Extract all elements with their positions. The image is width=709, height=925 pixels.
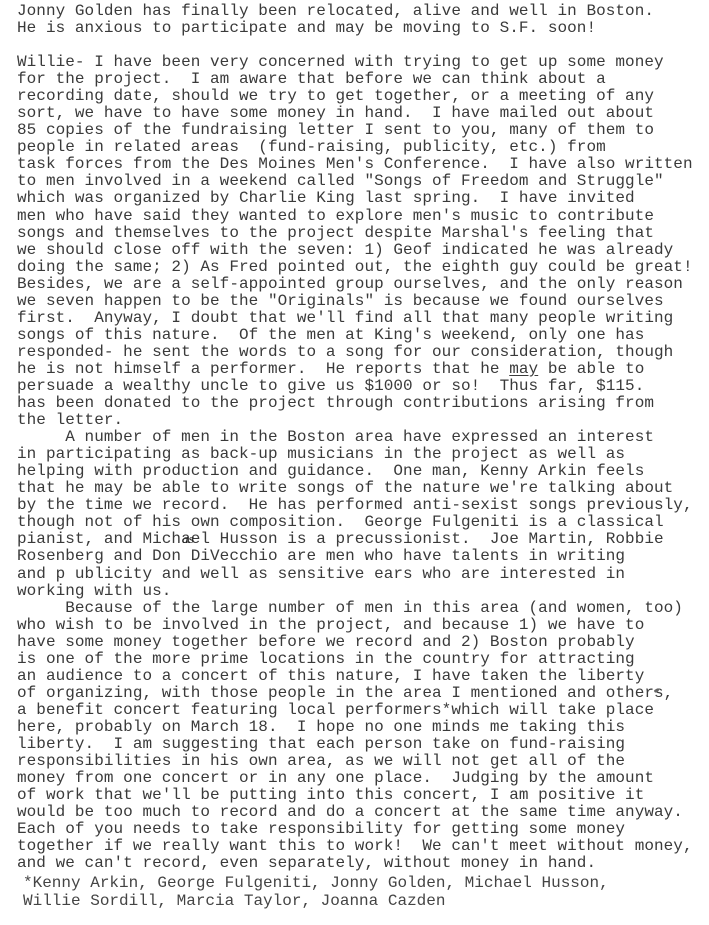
text-line: first. Anyway, I doubt that we'll find a… [17,310,707,327]
footnote-performers: *Kenny Arkin, George Fulgeniti, Jonny Go… [23,875,609,910]
text-line: money from one concert or in any one pla… [17,770,707,787]
paragraph-gap [17,37,707,54]
text-line: people in related areas (fund-raising, p… [17,139,707,156]
text-line: here, probably on March 18. I hope no on… [17,719,707,736]
text-line: for the project. I am aware that before … [17,71,707,88]
text-line: Each of you needs to take responsibility… [17,821,707,838]
text-line: an audience to a concert of this nature,… [17,668,707,685]
text-line: which was organized by Charlie King last… [17,190,707,207]
text-line: sort, we have to have some money in hand… [17,105,707,122]
text-line: liberty. I am suggesting that each perso… [17,736,707,753]
text-line: and we can't record, even separately, wi… [17,855,707,872]
text-line: by the time we record. He has performed … [17,497,707,514]
text-line: Jonny Golden has finally been relocated,… [17,3,707,20]
footnote-line: Willie Sordill, Marcia Taylor, Joanna Ca… [23,893,609,911]
text-line: songs and themselves to the project desp… [17,225,707,242]
text-line: songs of this nature. Of the men at King… [17,327,707,344]
text-line: Willie- I have been very concerned with … [17,54,707,71]
text-line: of organizing, with those people in the … [17,685,707,702]
typewritten-letter: Jonny Golden has finally been relocated,… [17,3,707,872]
text-line: persuade a wealthy uncle to give us $100… [17,378,707,395]
text-line: together if we really want this to work!… [17,838,707,855]
text-line: a benefit concert featuring local perfor… [17,702,707,719]
text-line: recording date, should we try to get tog… [17,88,707,105]
text-line: A number of men in the Boston area have … [17,429,707,446]
intro-paragraph: Jonny Golden has finally been relocated,… [17,3,707,37]
letter-body: Willie- I have been very concerned with … [17,54,707,872]
handwritten-correction: as [182,533,194,546]
text-line: He is anxious to participate and may be … [17,20,707,37]
text-line: have some money together before we recor… [17,634,707,651]
text-line: 85 copies of the fundraising letter I se… [17,122,707,139]
underlined-emphasis: may [509,360,538,378]
text-line: task forces from the Des Moines Men's Co… [17,156,707,173]
text-line: Besides, we are a self-appointed group o… [17,276,707,293]
text-line: working with us. [17,583,707,600]
text-line: though not of his own composition. Georg… [17,514,707,531]
text-line: of work that we'll be putting into this … [17,787,707,804]
text-line: in participating as back-up musicians in… [17,446,707,463]
text-line: pianist, and Michael Husson is a precuss… [17,531,707,548]
text-line: is one of the more prime locations in th… [17,651,707,668]
text-line: we seven happen to be the "Originals" is… [17,293,707,310]
text-line: we should close off with the seven: 1) G… [17,242,707,259]
text-line: responded- he sent the words to a song f… [17,344,707,361]
text-line: he is not himself a performer. He report… [17,361,707,378]
text-line: to men involved in a weekend called "Son… [17,173,707,190]
text-line: helping with production and guidance. On… [17,463,707,480]
text-line: who wish to be involved in the project, … [17,617,707,634]
text-line: has been donated to the project through … [17,395,707,412]
text-line: the letter. [17,412,707,429]
text-line: doing the same; 2) As Fred pointed out, … [17,259,707,276]
text-line: responsibilities in his own area, as we … [17,753,707,770]
text-line: would be too much to record and do a con… [17,804,707,821]
footnote-line: *Kenny Arkin, George Fulgeniti, Jonny Go… [23,875,609,893]
text-line: men who have said they wanted to explore… [17,208,707,225]
text-line: Because of the large number of men in th… [17,600,707,617]
text-line: Rosenberg and Don DiVecchio are men who … [17,548,707,565]
text-line: and p ublicity and well as sensitive ear… [17,566,707,583]
text-line: that he may be able to write songs of th… [17,480,707,497]
